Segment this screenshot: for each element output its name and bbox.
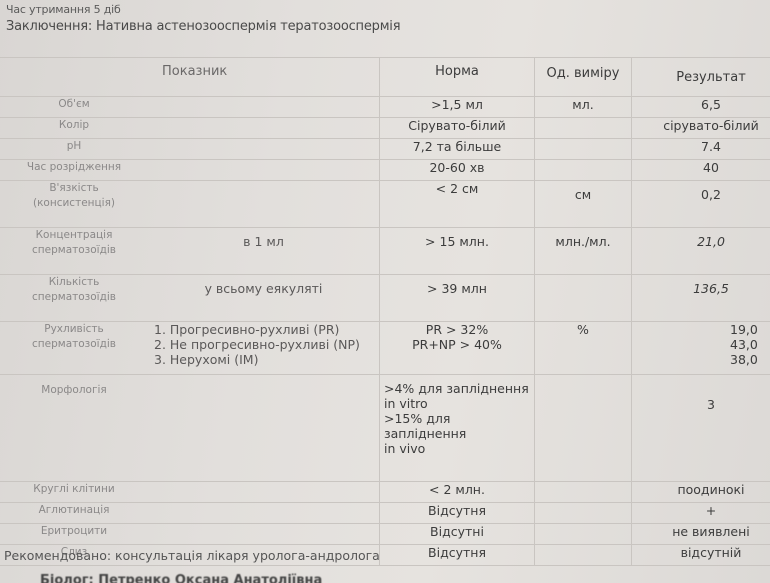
indicator-sub [148, 97, 380, 118]
table-row: Об'єм >1,5 мл мл. 6,5 [0, 97, 770, 118]
indicator-name-line: В'язкість [4, 181, 144, 196]
indicator-name: Морфологія [0, 375, 148, 482]
conclusion: Заключення: Нативна астенозооспермія тер… [6, 19, 400, 34]
norm-line: запліднення [384, 426, 530, 441]
table-row: Концентрація сперматозоїдів в 1 мл > 15 … [0, 228, 770, 275]
recommendation: Рекомендовано: консультація лікаря уроло… [4, 548, 380, 563]
table-row: Кількість сперматозоїдів у всьому еякуля… [0, 275, 770, 322]
norm-value: >1,5 мл [380, 97, 535, 118]
result-value: 0,2 [632, 181, 770, 228]
result-value: 6,5 [632, 97, 770, 118]
indicator-sub [148, 482, 380, 503]
indicator-name-line: (консистенція) [4, 196, 144, 211]
table-row: Еритроцити Відсутні не виявлені [0, 524, 770, 545]
result-value: сірувато-білий [632, 118, 770, 139]
norm-line: PR > 32% [384, 322, 530, 337]
indicator-name: pH [0, 139, 148, 160]
result-line: 43,0 [730, 337, 770, 352]
norm-line: PR+NP > 40% [384, 337, 530, 352]
unit-value [535, 118, 632, 139]
indicator-header-spacer [0, 58, 148, 97]
indicator-sub [148, 503, 380, 524]
indicator-sub [148, 139, 380, 160]
norm-value: >4% для запліднення in vitro >15% для за… [380, 375, 535, 482]
table-row: Морфологія >4% для запліднення in vitro … [0, 375, 770, 482]
norm-value: Відсутня [380, 545, 535, 566]
norm-value: PR > 32% PR+NP > 40% [380, 322, 535, 375]
indicator-name: Колір [0, 118, 148, 139]
result-header: Результат [632, 58, 770, 97]
norm-line: in vivo [384, 441, 530, 456]
indicator-sub [148, 118, 380, 139]
norm-value: Відсутні [380, 524, 535, 545]
table-row: Колір Сірувато-білий сірувато-білий [0, 118, 770, 139]
unit-value [535, 545, 632, 566]
unit-value [535, 275, 632, 322]
indicator-name: Кількість сперматозоїдів [0, 275, 148, 322]
norm-value: < 2 см [380, 181, 535, 228]
retention-time: Час утримання 5 діб [6, 3, 121, 16]
result-value: 7.4 [632, 139, 770, 160]
result-value: + [632, 503, 770, 524]
table-row: Час розрідження 20-60 хв 40 [0, 160, 770, 181]
indicator-header: Показник [148, 58, 380, 97]
unit-value: млн./мл. [535, 228, 632, 275]
indicator-name: Круглі клітини [0, 482, 148, 503]
result-value: 136,5 [632, 275, 770, 322]
norm-value: 20-60 хв [380, 160, 535, 181]
table-row: Рухливість сперматозоїдів 1. Прогресивно… [0, 322, 770, 375]
unit-header: Од. виміру [535, 58, 632, 97]
norm-value: Сірувато-білий [380, 118, 535, 139]
indicator-name-line: Концентрація [4, 228, 144, 243]
indicator-name: Рухливість сперматозоїдів [0, 322, 148, 375]
result-value: 3 [632, 375, 770, 482]
result-value: відсутній [632, 545, 770, 566]
result-value: поодинокі [632, 482, 770, 503]
norm-header: Норма [380, 58, 535, 97]
result-value: 40 [632, 160, 770, 181]
indicator-sub [148, 160, 380, 181]
result-value: 21,0 [632, 228, 770, 275]
norm-line: in vitro [384, 396, 530, 411]
result-value: не виявлені [632, 524, 770, 545]
unit-value: мл. [535, 97, 632, 118]
indicator-name: Аглютинація [0, 503, 148, 524]
indicator-sub: у всьому еякуляті [148, 275, 380, 322]
norm-value: 7,2 та більше [380, 139, 535, 160]
unit-value [535, 160, 632, 181]
unit-value [535, 503, 632, 524]
indicator-name-line: сперматозоїдів [4, 337, 144, 352]
result-value: 19,0 43,0 38,0 [632, 322, 770, 375]
indicator-name: Концентрація сперматозоїдів [0, 228, 148, 275]
indicator-sub: в 1 мл [148, 228, 380, 275]
norm-value: > 15 млн. [380, 228, 535, 275]
unit-value [535, 482, 632, 503]
motility-category: 2. Не прогресивно-рухливі (NP) [154, 337, 375, 352]
indicator-name-line: Кількість [4, 275, 144, 290]
indicator-name: Об'єм [0, 97, 148, 118]
result-line: 38,0 [730, 352, 770, 367]
table-row: В'язкість (консистенція) < 2 см см 0,2 [0, 181, 770, 228]
signer: Біолог: Петренко Оксана Анатоліївна [40, 573, 322, 583]
indicator-name: В'язкість (консистенція) [0, 181, 148, 228]
norm-value: > 39 млн [380, 275, 535, 322]
table-header-row: Показник Норма Од. виміру Результат [0, 58, 770, 97]
unit-value [535, 375, 632, 482]
motility-category: 1. Прогресивно-рухливі (PR) [154, 322, 375, 337]
unit-value [535, 139, 632, 160]
lab-report-page: Час утримання 5 діб Заключення: Нативна … [0, 0, 770, 583]
indicator-sub [148, 375, 380, 482]
unit-value: % [535, 322, 632, 375]
indicator-name-line: сперматозоїдів [4, 290, 144, 305]
indicator-name: Час розрідження [0, 160, 148, 181]
norm-value: Відсутня [380, 503, 535, 524]
indicator-sub: 1. Прогресивно-рухливі (PR) 2. Не прогре… [148, 322, 380, 375]
table-row: Аглютинація Відсутня + [0, 503, 770, 524]
results-table: Показник Норма Од. виміру Результат Об'є… [0, 57, 770, 566]
indicator-name-line: Рухливість [4, 322, 144, 337]
result-line: 19,0 [730, 322, 770, 337]
indicator-name: Еритроцити [0, 524, 148, 545]
indicator-name-line: сперматозоїдів [4, 243, 144, 258]
motility-category: 3. Нерухомі (IM) [154, 352, 375, 367]
norm-line: >4% для запліднення [384, 381, 530, 396]
norm-line: >15% для [384, 411, 530, 426]
indicator-sub [148, 524, 380, 545]
unit-value [535, 524, 632, 545]
unit-value: см [535, 181, 632, 228]
table-row: Круглі клітини < 2 млн. поодинокі [0, 482, 770, 503]
table-row: pH 7,2 та більше 7.4 [0, 139, 770, 160]
norm-value: < 2 млн. [380, 482, 535, 503]
indicator-sub [148, 181, 380, 228]
